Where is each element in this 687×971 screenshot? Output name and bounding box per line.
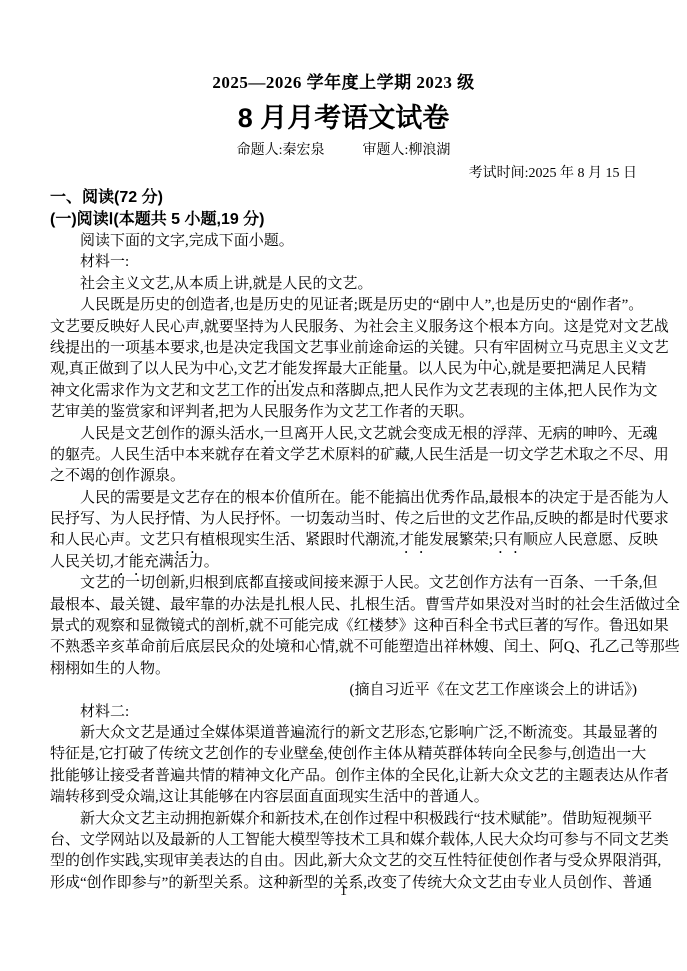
text-segment: 材料一: bbox=[80, 254, 129, 270]
text-segment: 线提出的一项基本要求,也是决定我国文艺事业前途命运的关键。 bbox=[50, 340, 474, 356]
text-line: 艺审美的鉴赏家和评判者,把为人民服务作为文艺工作者的天职。 bbox=[50, 402, 637, 423]
emphasized-text: 才能 bbox=[268, 361, 298, 377]
page-number: 1 bbox=[0, 884, 687, 900]
body-text: 材料一:社会主义文艺,从本质上讲,就是人民的文艺。人民既是历史的创造者,也是历史… bbox=[50, 252, 637, 894]
text-segment: (摘自习近平《在文艺工作座谈会上的讲话》) bbox=[350, 682, 638, 698]
text-segment: 牢固树立马克思主义文艺 bbox=[504, 340, 669, 356]
text-line: 新大众文艺主动拥抱新媒介和新技术,在创作过程中积极践行“技术赋能”。借助短视频平 bbox=[50, 809, 637, 830]
text-line: 材料二: bbox=[50, 702, 637, 723]
text-segment: 型的创作实践,实现审美表达的自由。因此,新大众文艺的交互性特征使创作者与受众界限… bbox=[50, 853, 661, 869]
text-line: 材料一: bbox=[50, 252, 637, 273]
text-segment: 最根本、最关键、最牢靠的办法是扎根人民、扎根生活。曹雪芹如果没对当时的社会生活做… bbox=[50, 597, 680, 613]
school-year-line: 2025—2026 学年度上学期 2023 级 bbox=[50, 0, 637, 94]
text-segment: 发展繁荣; bbox=[429, 532, 493, 548]
text-line: 民抒写、为人民抒情、为人民抒怀。一切轰动当时、传之后世的文艺作品,反映的都是时代… bbox=[50, 509, 637, 530]
text-segment: 顺应人民意愿、反映 bbox=[523, 532, 658, 548]
emphasized-text: 只有 bbox=[474, 340, 504, 356]
setter-label: 命题人:秦宏泉 bbox=[237, 142, 325, 160]
text-segment: 文艺的一切创新,归根到底都直接或间接来源于人民。文艺创作方法有一百条、一千条,但 bbox=[80, 575, 658, 591]
page-content: 2025—2026 学年度上学期 2023 级 8 月月考语文试卷 命题人:秦宏… bbox=[0, 0, 687, 894]
subsection-heading-reading-1: (一)阅读Ⅰ(本题共 5 小题,19 分) bbox=[50, 209, 637, 231]
text-segment: 之不竭的创作源泉。 bbox=[50, 468, 185, 484]
text-line: 文艺的一切创新,归根到底都直接或间接来源于人民。文艺创作方法有一百条、一千条,但 bbox=[50, 573, 637, 594]
text-line: 端转移到受众端,这让其能够在内容层面直面现实生活中的普通人。 bbox=[50, 787, 637, 808]
text-segment: 景式的观察和显微镜式的剖析,就不可能完成《红楼梦》这种百科全书式巨著的写作。鲁迅… bbox=[50, 618, 669, 634]
emphasized-text: 才能 bbox=[114, 554, 144, 570]
text-segment: 不熟悉辛亥革命前后底层民众的处境和心情,就不可能塑造出祥林嫂、闰土、阿Q、孔乙己… bbox=[50, 639, 680, 655]
text-segment: 端转移到受众端,这让其能够在内容层面直面现实生活中的普通人。 bbox=[50, 789, 489, 805]
reviewer-label: 审题人:柳浪湖 bbox=[363, 142, 451, 160]
text-line: (摘自习近平《在文艺工作座谈会上的讲话》) bbox=[50, 680, 637, 701]
text-segment: 人民既是历史的创造者,也是历史的见证者;既是历史的“剧中人”,也是历史的“剧作者… bbox=[80, 297, 643, 313]
emphasized-text: 只有 bbox=[170, 532, 200, 548]
text-segment: 和人民心声。文艺 bbox=[50, 532, 170, 548]
text-segment: 人民是文艺创作的源头活水,一旦离开人民,文艺就会变成无根的浮萍、无病的呻吟、无魂 bbox=[80, 426, 658, 442]
text-segment: 社会主义文艺,从本质上讲,就是人民的文艺。 bbox=[80, 276, 373, 292]
text-line: 之不竭的创作源泉。 bbox=[50, 466, 637, 487]
text-line: 特征是,它打破了传统文艺创作的专业壁垒,使创作主体从精英群体转向全民参与,创造出… bbox=[50, 744, 637, 765]
text-segment: 文艺要反映好人民心声,就要坚持为人民服务、为社会主义服务这个根本方向。这是党对文… bbox=[50, 319, 669, 335]
text-segment: 台、文学网站以及最新的人工智能大模型等技术工具和媒介载体,人民大众均可参与不同文… bbox=[50, 832, 669, 848]
exam-time: 考试时间:2025 年 8 月 15 日 bbox=[50, 165, 637, 183]
text-segment: 充满活力。 bbox=[144, 554, 219, 570]
text-line: 人民是文艺创作的源头活水,一旦离开人民,文艺就会变成无根的浮萍、无病的呻吟、无魂 bbox=[50, 424, 637, 445]
text-segment: 民抒写、为人民抒情、为人民抒怀。一切轰动当时、传之后世的文艺作品,反映的都是时代… bbox=[50, 511, 669, 527]
text-line: 栩栩如生的人物。 bbox=[50, 659, 637, 680]
text-line: 最根本、最关键、最牢靠的办法是扎根人民、扎根生活。曹雪芹如果没对当时的社会生活做… bbox=[50, 595, 637, 616]
text-line: 人民既是历史的创造者,也是历史的见证者;既是历史的“剧中人”,也是历史的“剧作者… bbox=[50, 295, 637, 316]
exam-people-row: 命题人:秦宏泉 审题人:柳浪湖 bbox=[50, 142, 637, 160]
text-segment: 人民关切, bbox=[50, 554, 114, 570]
text-segment: 新大众文艺是通过全媒体渠道普遍流行的新文艺形态,它影响广泛,不断流变。其最显著的 bbox=[80, 725, 658, 741]
document-page: 2025—2026 学年度上学期 2023 级 8 月月考语文试卷 命题人:秦宏… bbox=[0, 0, 687, 971]
emphasized-text: 只有 bbox=[493, 532, 523, 548]
text-line: 不熟悉辛亥革命前后底层民众的处境和心情,就不可能塑造出祥林嫂、闰土、阿Q、孔乙己… bbox=[50, 637, 637, 658]
emphasized-text: 才能 bbox=[399, 532, 429, 548]
instruction-line: 阅读下面的文字,完成下面小题。 bbox=[50, 231, 637, 252]
text-line: 型的创作实践,实现审美表达的自由。因此,新大众文艺的交互性特征使创作者与受众界限… bbox=[50, 851, 637, 872]
text-segment: 批能够让接受者普遍共情的精神文化产品。创作主体的全民化,让新大众文艺的主题表达从… bbox=[50, 768, 669, 784]
text-line: 和人民心声。文艺只有植根现实生活、紧跟时代潮流,才能发展繁荣;只有顺应人民意愿、… bbox=[50, 530, 637, 551]
text-segment: 材料二: bbox=[80, 704, 129, 720]
text-line: 景式的观察和显微镜式的剖析,就不可能完成《红楼梦》这种百科全书式巨著的写作。鲁迅… bbox=[50, 616, 637, 637]
section-heading-reading: 一、阅读(72 分) bbox=[50, 187, 637, 209]
text-segment: 观,真正做到了以人民为中心,文艺 bbox=[50, 361, 268, 377]
text-line: 批能够让接受者普遍共情的精神文化产品。创作主体的全民化,让新大众文艺的主题表达从… bbox=[50, 766, 637, 787]
text-segment: 的躯壳。人民生活中本来就存在着文学艺术原料的矿藏,人民生活是一切文学艺术取之不尽… bbox=[50, 447, 669, 463]
text-segment: 栩栩如生的人物。 bbox=[50, 661, 170, 677]
text-line: 人民的需要是文艺存在的根本价值所在。能不能搞出优秀作品,最根本的决定于是否能为人 bbox=[50, 488, 637, 509]
text-line: 的躯壳。人民生活中本来就存在着文学艺术原料的矿藏,人民生活是一切文学艺术取之不尽… bbox=[50, 445, 637, 466]
text-line: 台、文学网站以及最新的人工智能大模型等技术工具和媒介载体,人民大众均可参与不同文… bbox=[50, 830, 637, 851]
text-segment: 艺审美的鉴赏家和评判者,把为人民服务作为文艺工作者的天职。 bbox=[50, 404, 474, 420]
text-segment: 神文化需求作为文艺和文艺工作的出发点和落脚点,把人民作为文艺表现的主体,把人民作… bbox=[50, 383, 658, 399]
text-segment: 发挥最大正能量。以人民为中心,就是要把满足人民精 bbox=[298, 361, 647, 377]
text-line: 人民关切,才能充满活力。 bbox=[50, 552, 637, 573]
text-line: 线提出的一项基本要求,也是决定我国文艺事业前途命运的关键。只有牢固树立马克思主义… bbox=[50, 338, 637, 359]
exam-title: 8 月月考语文试卷 bbox=[50, 102, 637, 134]
text-line: 社会主义文艺,从本质上讲,就是人民的文艺。 bbox=[50, 274, 637, 295]
text-segment: 植根现实生活、紧跟时代潮流, bbox=[200, 532, 399, 548]
text-line: 神文化需求作为文艺和文艺工作的出发点和落脚点,把人民作为文艺表现的主体,把人民作… bbox=[50, 381, 637, 402]
text-segment: 特征是,它打破了传统文艺创作的专业壁垒,使创作主体从精英群体转向全民参与,创造出… bbox=[50, 746, 646, 762]
text-line: 新大众文艺是通过全媒体渠道普遍流行的新文艺形态,它影响广泛,不断流变。其最显著的 bbox=[50, 723, 637, 744]
text-segment: 新大众文艺主动拥抱新媒介和新技术,在创作过程中积极践行“技术赋能”。借助短视频平 bbox=[80, 811, 652, 827]
text-line: 观,真正做到了以人民为中心,文艺才能发挥最大正能量。以人民为中心,就是要把满足人… bbox=[50, 359, 637, 380]
text-segment: 人民的需要是文艺存在的根本价值所在。能不能搞出优秀作品,最根本的决定于是否能为人 bbox=[80, 490, 669, 506]
text-line: 文艺要反映好人民心声,就要坚持为人民服务、为社会主义服务这个根本方向。这是党对文… bbox=[50, 317, 637, 338]
